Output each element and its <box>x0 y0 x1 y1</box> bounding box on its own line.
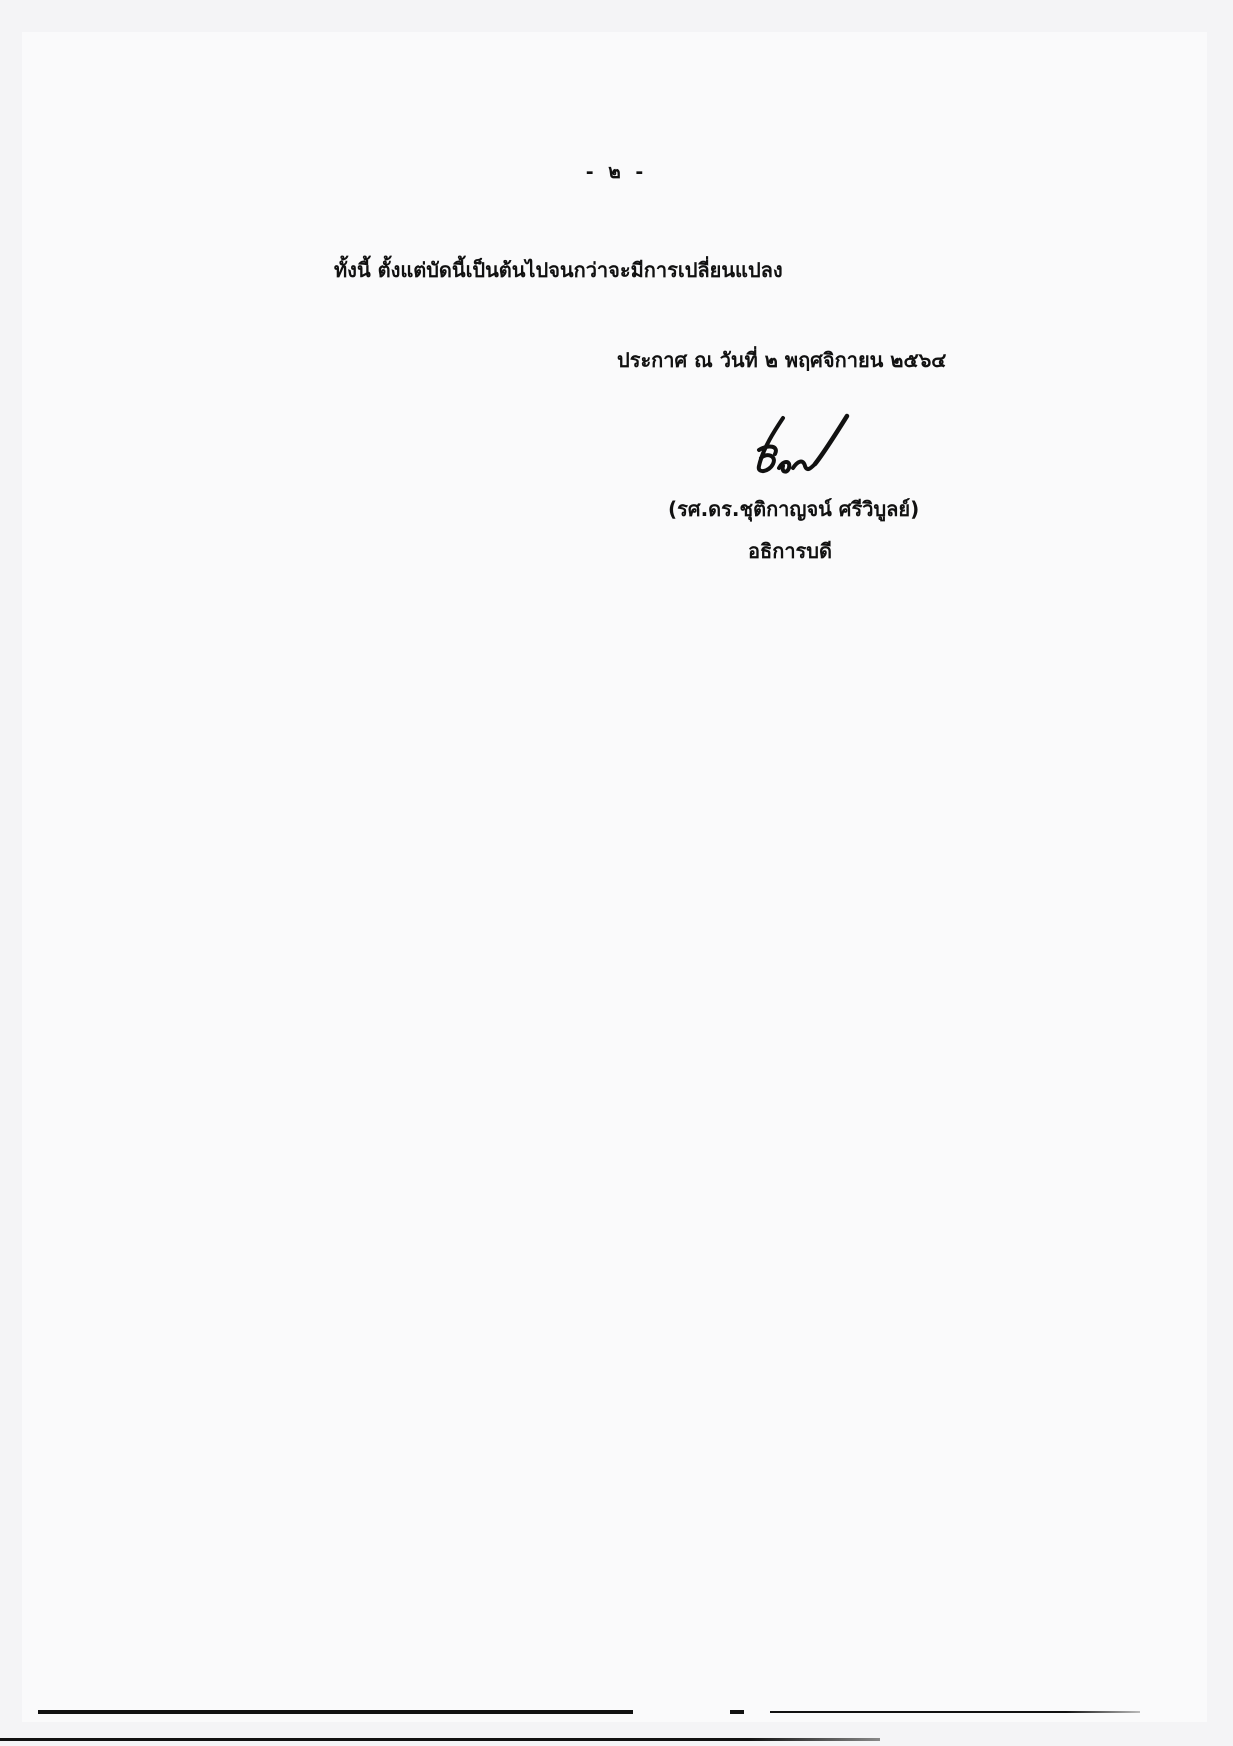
announcement-date: ประกาศ ณ วันที่ ๒ พฤศจิกายน ๒๕๖๔ <box>617 344 946 376</box>
body-text: ทั้งนี้ ตั้งแต่บัดนี้เป็นต้นไปจนกว่าจะมี… <box>334 254 783 286</box>
scan-edge-line <box>0 1738 880 1741</box>
signature-icon <box>745 408 855 478</box>
signer-title: อธิการบดี <box>748 535 832 567</box>
signer-name: (รศ.ดร.ชุติกาญจน์ ศรีวิบูลย์) <box>668 493 919 525</box>
page-number: - ๒ - <box>0 157 1233 187</box>
footer-rule-mid <box>730 1710 744 1714</box>
footer-rule-right <box>770 1711 1140 1713</box>
footer-rule-left <box>38 1710 633 1714</box>
